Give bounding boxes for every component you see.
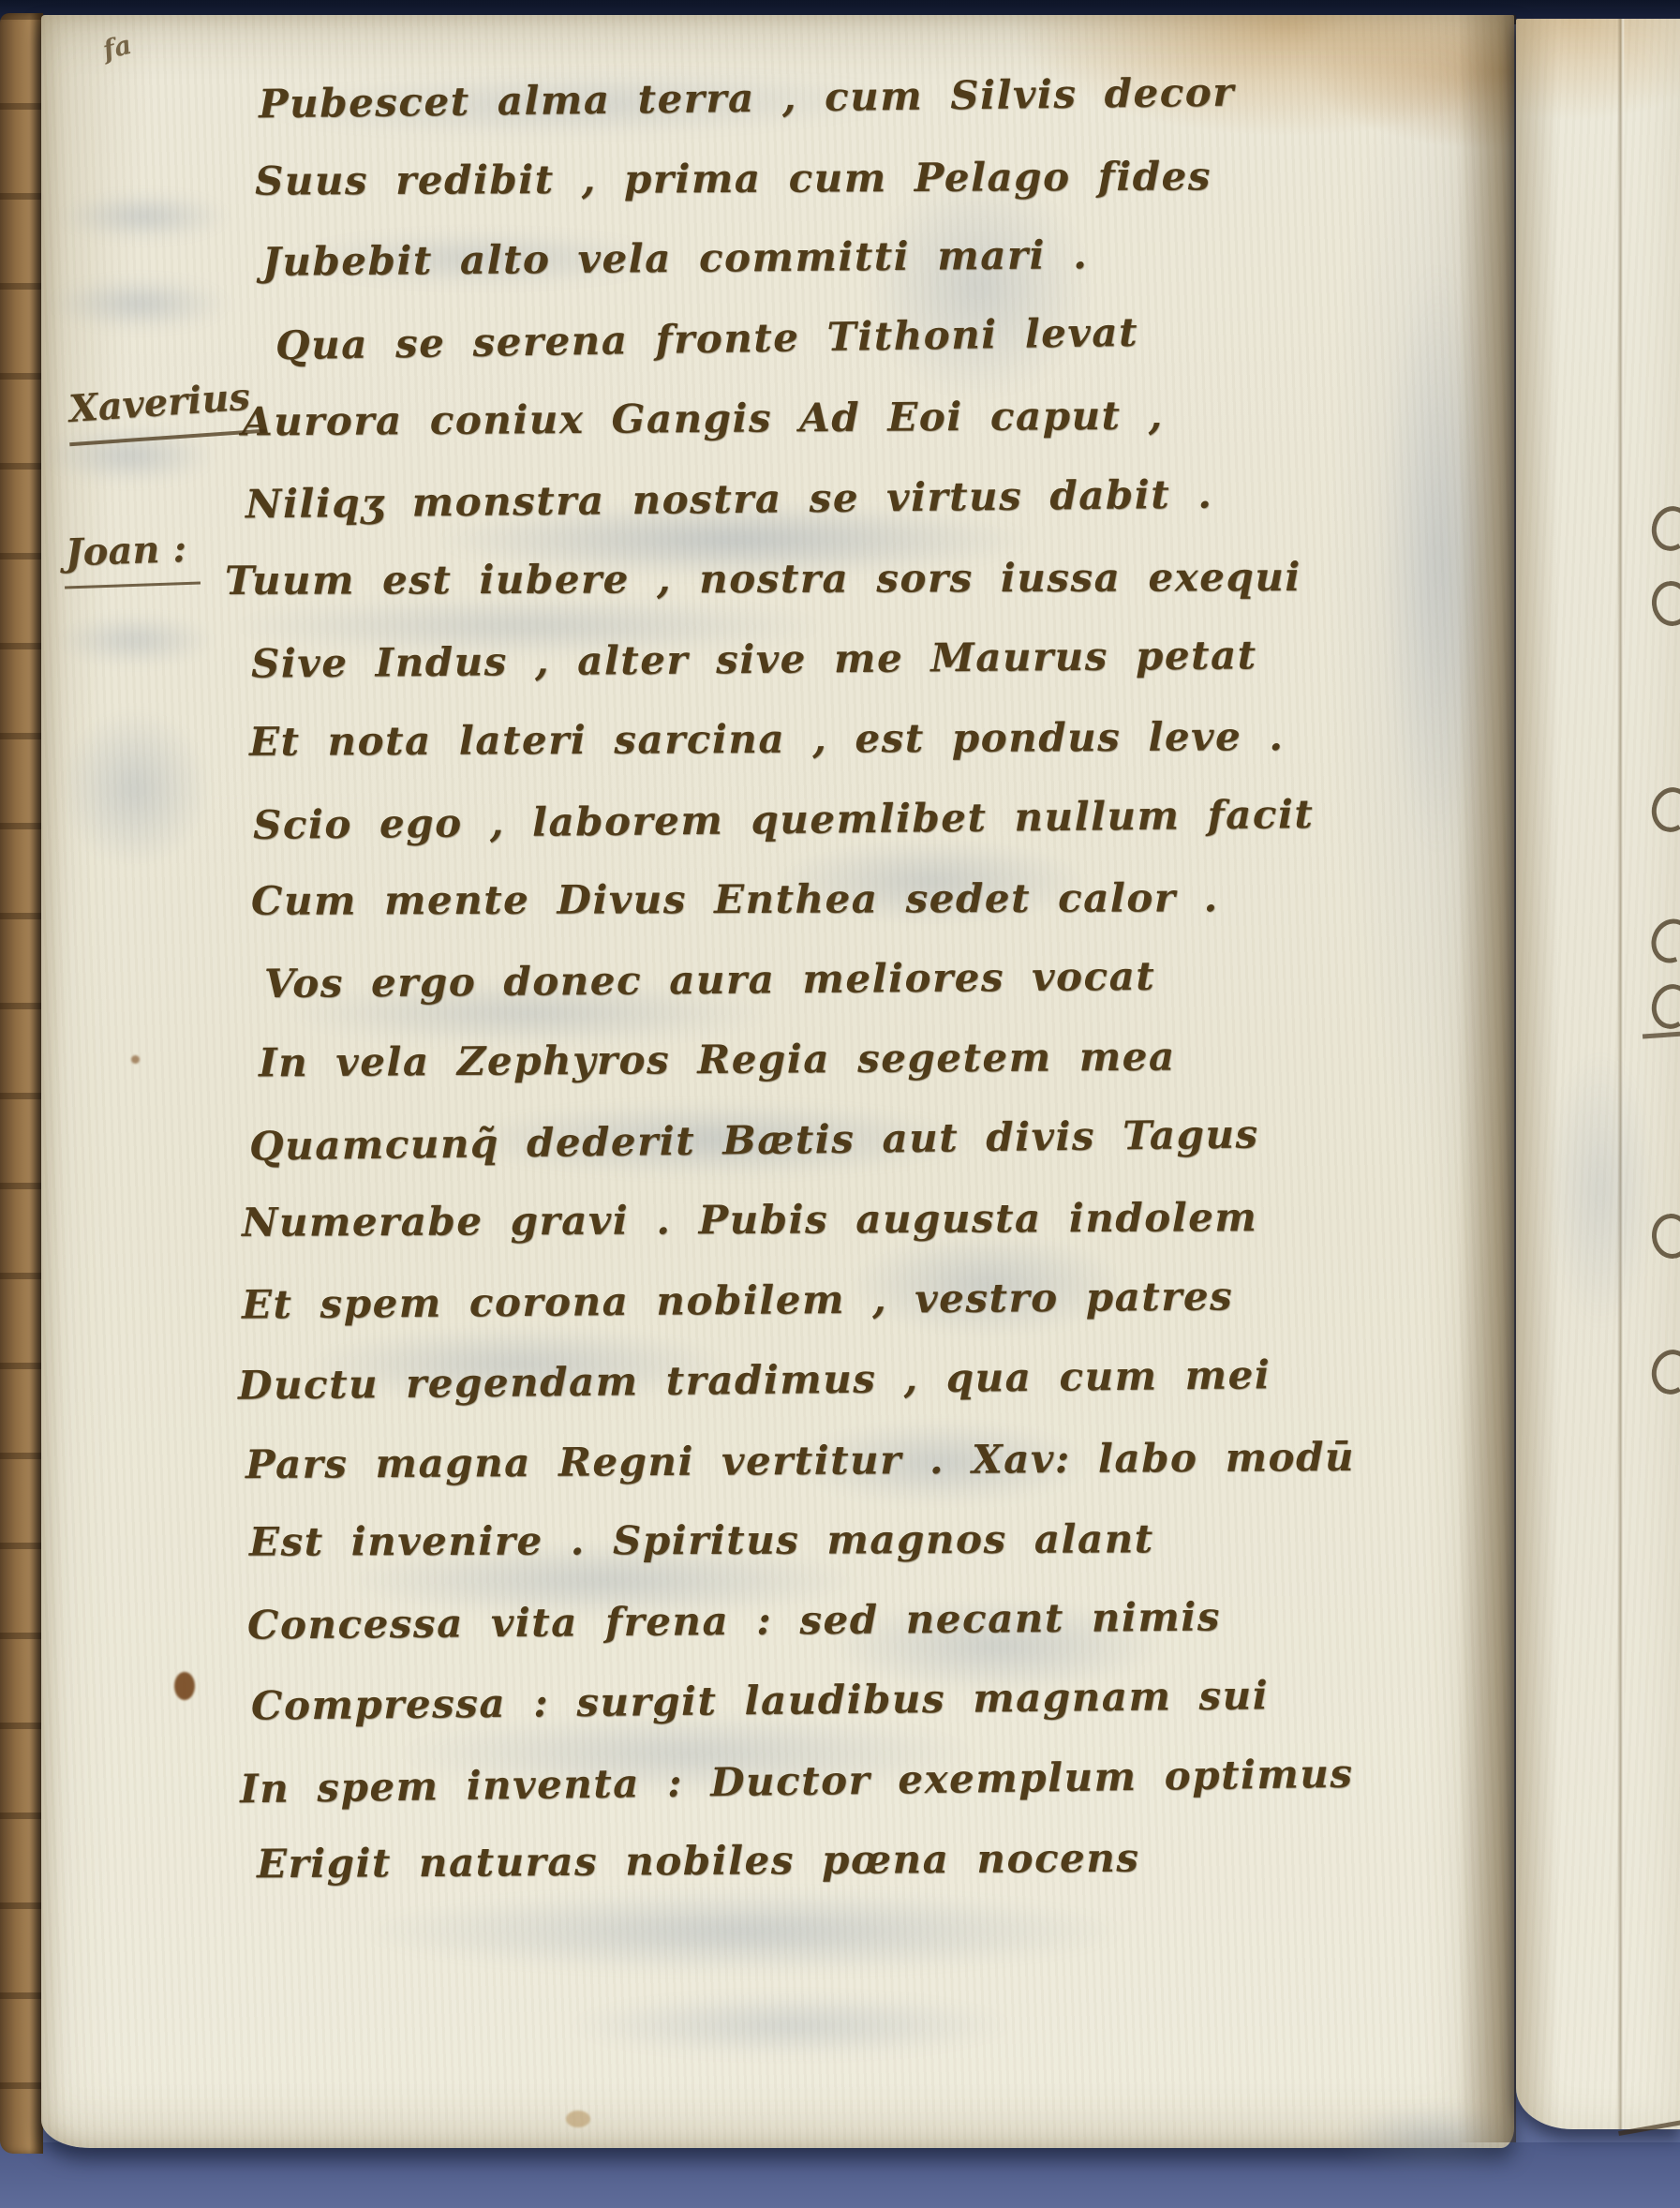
verse-line: Sive Indus , alter sive me Maurus petat: [251, 632, 1257, 686]
left-page: fa Pubescet alma terra , cum Silvis deco…: [41, 15, 1514, 2148]
verse-line: Niliqʒ monstra nostra se virtus dabit .: [245, 471, 1213, 528]
verse-text-block: Pubescet alma terra , cum Silvis decor S…: [41, 75, 1499, 1949]
verse-line: Tuum est iubere , nostra sors iussa exeq…: [225, 554, 1301, 604]
ink-stroke-fragment: [1647, 502, 1680, 556]
verse-line: Compressa : surgit laudibus magnam sui: [251, 1672, 1270, 1728]
ink-stroke-fragment: [1649, 578, 1680, 628]
ink-underline-fragment: [1643, 1031, 1680, 1038]
verse-line: Numerabe gravi . Pubis augusta indolem: [242, 1194, 1258, 1246]
verse-line: Qua se serena fronte Tithoni levat: [275, 309, 1139, 368]
manuscript-scan: fa Pubescet alma terra , cum Silvis deco…: [0, 0, 1680, 2208]
verse-line: In spem inventa : Ductor exemplum optimu…: [240, 1751, 1354, 1813]
book-spine-binding: [0, 13, 43, 2154]
verse-line: Quamcunq̃ dederit Bætis aut divis Tagus: [249, 1111, 1259, 1169]
gutter-fold-shadow: [1458, 15, 1516, 2142]
verse-line: Suus redibit , prima cum Pelago fides: [255, 153, 1212, 203]
verse-line: Cum mente Divus Enthea sedet calor .: [251, 874, 1219, 924]
verse-line: Jubebit alto vela committi mari .: [262, 231, 1089, 285]
verse-line: In vela Zephyros Regia segetem mea: [259, 1034, 1176, 1086]
ink-stroke-fragment: [1644, 913, 1680, 970]
bleedthrough-blob: [1544, 1050, 1657, 1331]
verse-line: Ductu regendam tradimus , qua cum mei: [238, 1351, 1271, 1409]
facing-page-edge: [1516, 19, 1680, 2129]
verse-line: Et spem corona nobilem , vestro patres: [242, 1273, 1234, 1327]
verse-line: Aurora coniux Gangis Ad Eoi caput ,: [242, 393, 1164, 445]
verse-line: Scio ego , laborem quemlibet nullum faci…: [253, 791, 1315, 848]
margin-note-joan: Joan :: [63, 526, 201, 589]
verse-line: Erigit naturas nobiles pœna nocens: [257, 1835, 1140, 1887]
verse-line: Pubescet alma terra , cum Silvis decor: [259, 69, 1235, 127]
verse-line: Concessa vita frena : sed necant nimis: [247, 1593, 1221, 1648]
verse-line: Est invenire . Spiritus magnos alant: [249, 1515, 1154, 1564]
foxing-spot: [566, 2111, 590, 2127]
ink-stroke-fragment: [1647, 1346, 1680, 1399]
verse-line: Vos ergo donec aura meliores vocat: [264, 953, 1156, 1007]
ink-stroke-fragment: [1647, 980, 1680, 1034]
page-corner-mark: fa: [99, 29, 134, 66]
verse-line: Pars magna Regni vertitur . Xav: labo mo…: [245, 1434, 1355, 1487]
verse-line: Et nota lateri sarcina , est pondus leve…: [249, 713, 1285, 765]
ink-stroke-fragment: [1647, 783, 1680, 837]
ink-underline-fragment: [1618, 2120, 1680, 2136]
bleedthrough-blob: [566, 1992, 1016, 2058]
